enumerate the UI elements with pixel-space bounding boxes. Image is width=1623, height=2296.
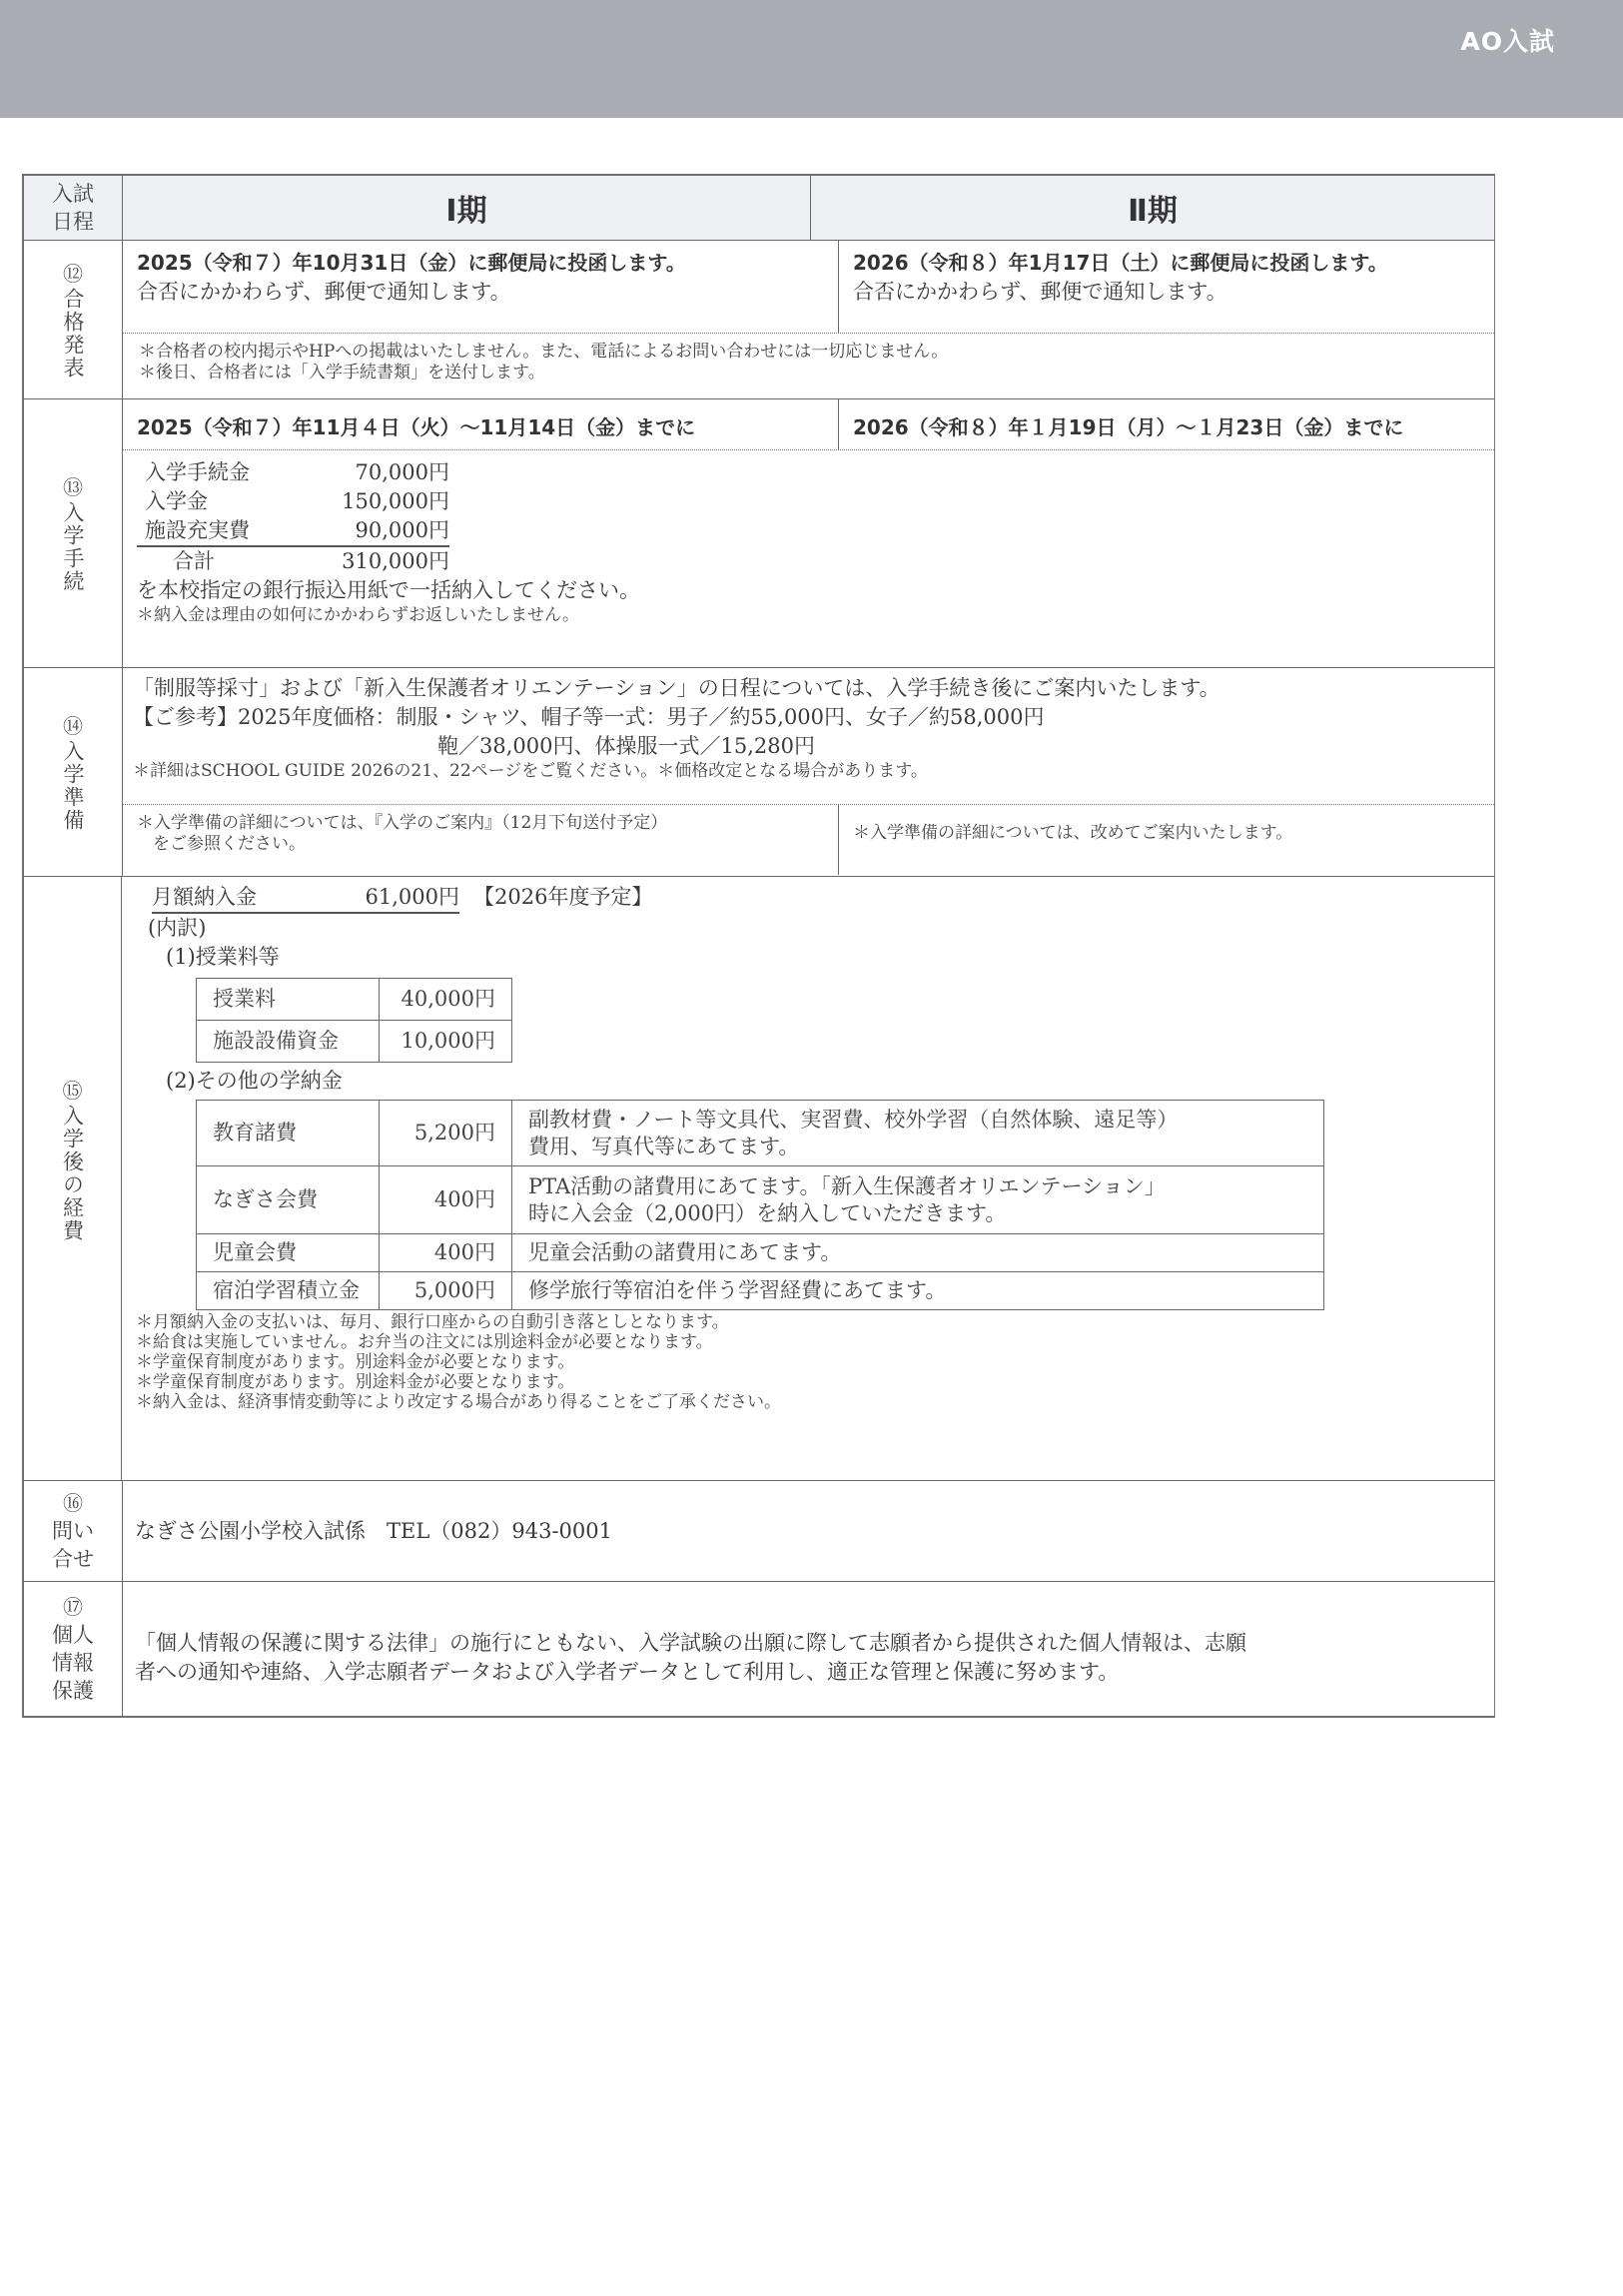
fee-name: 施設設備資金 <box>197 1021 380 1063</box>
row17-number: ⑰ <box>63 1593 83 1621</box>
fee-name: 施設充実費 <box>145 516 250 545</box>
row-post-enrollment-costs: ⑮ 入学後の経費 月額納入金 61,000円 【2026年度予定】 (内訳) (… <box>24 876 1494 1480</box>
fee-name: 宿泊学習積立金 <box>197 1272 380 1310</box>
row14-label: ⑭ 入学準備 <box>24 668 123 876</box>
fee-amount: 10,000円 <box>380 1021 512 1063</box>
row14-period1-note-line: をご参照ください。 <box>137 834 824 855</box>
row12-title: 合格発表 <box>59 288 87 380</box>
row13-note: ＊納入金は理由の如何にかかわらずお返しいたしません。 <box>137 605 1472 626</box>
header-label-line1: 入試 <box>52 180 94 208</box>
fee-item: 施設充実費 90,000円 <box>137 516 449 547</box>
fee-amount: 70,000円 <box>356 458 449 487</box>
other-fees-table: 教育諸費 5,200円 副教材費・ノート等文具代、実習費、校外学習（自然体験、遠… <box>196 1100 1324 1310</box>
privacy-text: 者への通知や連絡、入学志願者データおよび入学者データとして利用し、適正な管理と保… <box>135 1658 1486 1687</box>
row17-label: ⑰ 個人 情報 保護 <box>24 1582 123 1716</box>
tuition-section-title: (1)授業料等 <box>166 943 1484 972</box>
fee-description-line: 時に入会金（2,000円）を納入していただきます。 <box>528 1200 1307 1227</box>
fee-amount: 400円 <box>380 1166 512 1234</box>
fee-total-amount: 310,000円 <box>342 547 449 576</box>
monthly-fee-amount: 61,000円 <box>366 883 459 912</box>
row12-body: 2025（令和７）年10月31日（金）に郵便局に投函します。 合否にかかわらず、… <box>123 241 1494 398</box>
row-enrollment-preparation: ⑭ 入学準備 「制服等採寸」および「新入生保護者オリエンテーション」の日程につい… <box>24 667 1494 876</box>
row14-info: 「制服等採寸」および「新入生保護者オリエンテーション」の日程については、入学手続… <box>123 668 1494 804</box>
row16-number: ⑯ <box>63 1489 83 1517</box>
privacy-text: 「個人情報の保護に関する法律」の施行にともない、入学試験の出願に際して志願者から… <box>135 1629 1486 1658</box>
row13-period1-dates: 2025（令和７）年11月４日（火）～11月14日（金）までに <box>123 399 839 449</box>
fee-amount: 5,000円 <box>380 1272 512 1310</box>
row14-schedule-text: 「制服等採寸」および「新入生保護者オリエンテーション」の日程については、入学手続… <box>133 674 1484 703</box>
payment-instruction: を本校指定の銀行振込用紙で一括納入してください。 <box>137 576 1472 605</box>
row14-body: 「制服等採寸」および「新入生保護者オリエンテーション」の日程については、入学手続… <box>123 668 1494 876</box>
row14-note: ＊詳細はSCHOOL GUIDE 2026の21、22ページをご覧ください。＊価… <box>133 761 1484 782</box>
row12-label: ⑫ 合格発表 <box>24 241 123 398</box>
row14-price-reference-cont: 鞄／38,000円、体操服一式／15,280円 <box>133 732 1484 761</box>
admission-schedule-table: 入試 日程 Ⅰ期 Ⅱ期 ⑫ 合格発表 2025（令和７）年10月31日（金）に郵… <box>22 174 1495 1718</box>
fee-name: 教育諸費 <box>197 1101 380 1166</box>
row17-title-line: 個人 <box>52 1621 94 1649</box>
monthly-fee: 月額納入金 61,000円 <box>152 883 459 914</box>
period1-heading: Ⅰ期 <box>123 176 811 240</box>
row15-body: 月額納入金 61,000円 【2026年度予定】 (内訳) (1)授業料等 授業… <box>122 877 1494 1480</box>
table-row: 施設設備資金 10,000円 <box>197 1021 512 1063</box>
fee-description-line: 副教材費・ノート等文具代、実習費、校外学習（自然体験、遠足等） <box>528 1107 1307 1134</box>
fee-item: 入学金 150,000円 <box>145 487 449 516</box>
row13-body: 2025（令和７）年11月４日（火）～11月14日（金）までに 2026（令和８… <box>123 399 1494 667</box>
monthly-fee-tag: 【2026年度予定】 <box>473 883 652 912</box>
fee-name: 入学金 <box>145 487 208 516</box>
row12-period1-date: 2025（令和７）年10月31日（金）に郵便局に投函します。 <box>137 249 824 278</box>
table-row: なぎさ会費 400円 PTA活動の諸費用にあてます。「新入生保護者オリエンテーシ… <box>197 1166 1324 1234</box>
row15-note: ＊学童保育制度があります。別途料金が必要となります。 <box>136 1352 1484 1372</box>
row12-period1: 2025（令和７）年10月31日（金）に郵便局に投函します。 合否にかかわらず、… <box>123 241 839 333</box>
header-label: 入試 日程 <box>24 176 123 240</box>
tuition-table: 授業料 40,000円 施設設備資金 10,000円 <box>196 978 512 1063</box>
row15-note: ＊納入金は、経済事情変動等により改定する場合があり得ることをご了承ください。 <box>136 1392 1484 1412</box>
row-contact: ⑯ 問い 合せ なぎさ公園小学校入試係 TEL（082）943-0001 <box>24 1480 1494 1581</box>
fee-description: PTA活動の諸費用にあてます。「新入生保護者オリエンテーション」 時に入会金（2… <box>512 1166 1324 1234</box>
row13-label: ⑬ 入学手続 <box>24 399 123 667</box>
contact-info: なぎさ公園小学校入試係 TEL（082）943-0001 <box>135 1517 612 1546</box>
row12-period1-notice: 合否にかかわらず、郵便で通知します。 <box>137 278 824 307</box>
period2-heading: Ⅱ期 <box>811 176 1494 240</box>
monthly-fee-label: 月額納入金 <box>152 883 257 912</box>
banner-title: AO入試 <box>1460 22 1555 58</box>
row12-number: ⑫ <box>63 260 83 288</box>
fee-name: 入学手続金 <box>145 458 250 487</box>
header-label-line2: 日程 <box>52 208 94 236</box>
fee-name: 授業料 <box>197 979 380 1021</box>
row12-note: ＊後日、合格者には「入学手続書類」を送付します。 <box>139 363 1478 383</box>
row17-body: 「個人情報の保護に関する法律」の施行にともない、入学試験の出願に際して志願者から… <box>123 1582 1494 1716</box>
row12-notes: ＊合格者の校内掲示やHPへの掲載はいたしません。また、電話によるお問い合わせには… <box>123 333 1494 391</box>
fee-description-line: 費用、写真代等にあてます。 <box>528 1134 1307 1160</box>
row13-period2-dates: 2026（令和８）年１月19日（月）～１月23日（金）までに <box>839 399 1494 449</box>
row15-notes: ＊月額納入金の支払いは、毎月、銀行口座からの自動引き落としとなります。 ＊給食は… <box>136 1312 1484 1412</box>
row-enrollment-procedure: ⑬ 入学手続 2025（令和７）年11月４日（火）～11月14日（金）までに 2… <box>24 398 1494 667</box>
breakdown-label: (内訳) <box>148 914 1484 943</box>
row15-title: 入学後の経費 <box>59 1105 87 1242</box>
row13-number: ⑬ <box>63 473 83 501</box>
fee-amount: 40,000円 <box>380 979 512 1021</box>
row14-period1-note-line: ＊入学準備の詳細については、『入学のご案内』（12月下旬送付予定） <box>137 813 824 834</box>
row13-title: 入学手続 <box>59 501 87 593</box>
fee-description-line: PTA活動の諸費用にあてます。「新入生保護者オリエンテーション」 <box>528 1173 1307 1200</box>
row14-period1-note: ＊入学準備の詳細については、『入学のご案内』（12月下旬送付予定） をご参照くだ… <box>123 805 839 875</box>
row15-label: ⑮ 入学後の経費 <box>24 877 122 1480</box>
row15-note: ＊月額納入金の支払いは、毎月、銀行口座からの自動引き落としとなります。 <box>136 1312 1484 1332</box>
row14-period2-note: ＊入学準備の詳細については、改めてご案内いたします。 <box>839 805 1494 875</box>
header-banner: AO入試 <box>0 0 1623 118</box>
fee-total: 合計 310,000円 <box>145 547 449 576</box>
table-row: 教育諸費 5,200円 副教材費・ノート等文具代、実習費、校外学習（自然体験、遠… <box>197 1101 1324 1166</box>
row14-period-notes: ＊入学準備の詳細については、『入学のご案内』（12月下旬送付予定） をご参照くだ… <box>123 804 1494 875</box>
fee-name: なぎさ会費 <box>197 1166 380 1234</box>
fee-amount: 90,000円 <box>356 516 449 545</box>
row16-title-line: 問い <box>52 1517 94 1545</box>
row-privacy: ⑰ 個人 情報 保護 「個人情報の保護に関する法律」の施行にともない、入学試験の… <box>24 1581 1494 1716</box>
row15-note: ＊給食は実施していません。お弁当の注文には別途料金が必要となります。 <box>136 1332 1484 1352</box>
table-row: 児童会費 400円 児童会活動の諸費用にあてます。 <box>197 1234 1324 1272</box>
row14-price-reference: 【ご参考】2025年度価格：制服・シャツ、帽子等一式：男子／約55,000円、女… <box>133 703 1484 732</box>
row-pass-announcement: ⑫ 合格発表 2025（令和７）年10月31日（金）に郵便局に投函します。 合否… <box>24 240 1494 398</box>
other-fees-section-title: (2)その他の学納金 <box>166 1067 1484 1096</box>
row14-number: ⑭ <box>63 712 83 740</box>
row12-note: ＊合格者の校内掲示やHPへの掲載はいたしません。また、電話によるお問い合わせには… <box>139 342 1478 363</box>
row16-title-line: 合せ <box>52 1545 94 1573</box>
row15-number: ⑮ <box>63 1077 83 1105</box>
row17-title-line: 情報 <box>52 1649 94 1677</box>
fee-description: 副教材費・ノート等文具代、実習費、校外学習（自然体験、遠足等） 費用、写真代等に… <box>512 1101 1324 1166</box>
fee-amount: 150,000円 <box>342 487 449 516</box>
row12-period2-date: 2026（令和８）年1月17日（土）に郵便局に投函します。 <box>853 249 1480 278</box>
fee-amount: 400円 <box>380 1234 512 1272</box>
fee-amount: 5,200円 <box>380 1101 512 1166</box>
header-periods: Ⅰ期 Ⅱ期 <box>123 176 1494 240</box>
header-row: 入試 日程 Ⅰ期 Ⅱ期 <box>24 176 1494 240</box>
fee-total-label: 合計 <box>173 547 215 576</box>
fee-name: 児童会費 <box>197 1234 380 1272</box>
row13-fees: 入学手続金 70,000円 入学金 150,000円 施設充実費 90,000円… <box>123 449 1494 634</box>
row16-label: ⑯ 問い 合せ <box>24 1481 123 1581</box>
table-row: 宿泊学習積立金 5,000円 修学旅行等宿泊を伴う学習経費にあてます。 <box>197 1272 1324 1310</box>
row17-title-line: 保護 <box>52 1677 94 1705</box>
row16-body: なぎさ公園小学校入試係 TEL（082）943-0001 <box>123 1481 1494 1581</box>
row15-note: ＊学童保育制度があります。別途料金が必要となります。 <box>136 1372 1484 1392</box>
table-row: 授業料 40,000円 <box>197 979 512 1021</box>
fee-description: 修学旅行等宿泊を伴う学習経費にあてます。 <box>512 1272 1324 1310</box>
row14-title: 入学準備 <box>59 740 87 832</box>
fee-list: 入学手続金 70,000円 入学金 150,000円 施設充実費 90,000円… <box>145 458 449 576</box>
fee-item: 入学手続金 70,000円 <box>145 458 449 487</box>
row12-period2: 2026（令和８）年1月17日（土）に郵便局に投函します。 合否にかかわらず、郵… <box>839 241 1494 333</box>
fee-description: 児童会活動の諸費用にあてます。 <box>512 1234 1324 1272</box>
row12-period2-notice: 合否にかかわらず、郵便で通知します。 <box>853 278 1480 307</box>
